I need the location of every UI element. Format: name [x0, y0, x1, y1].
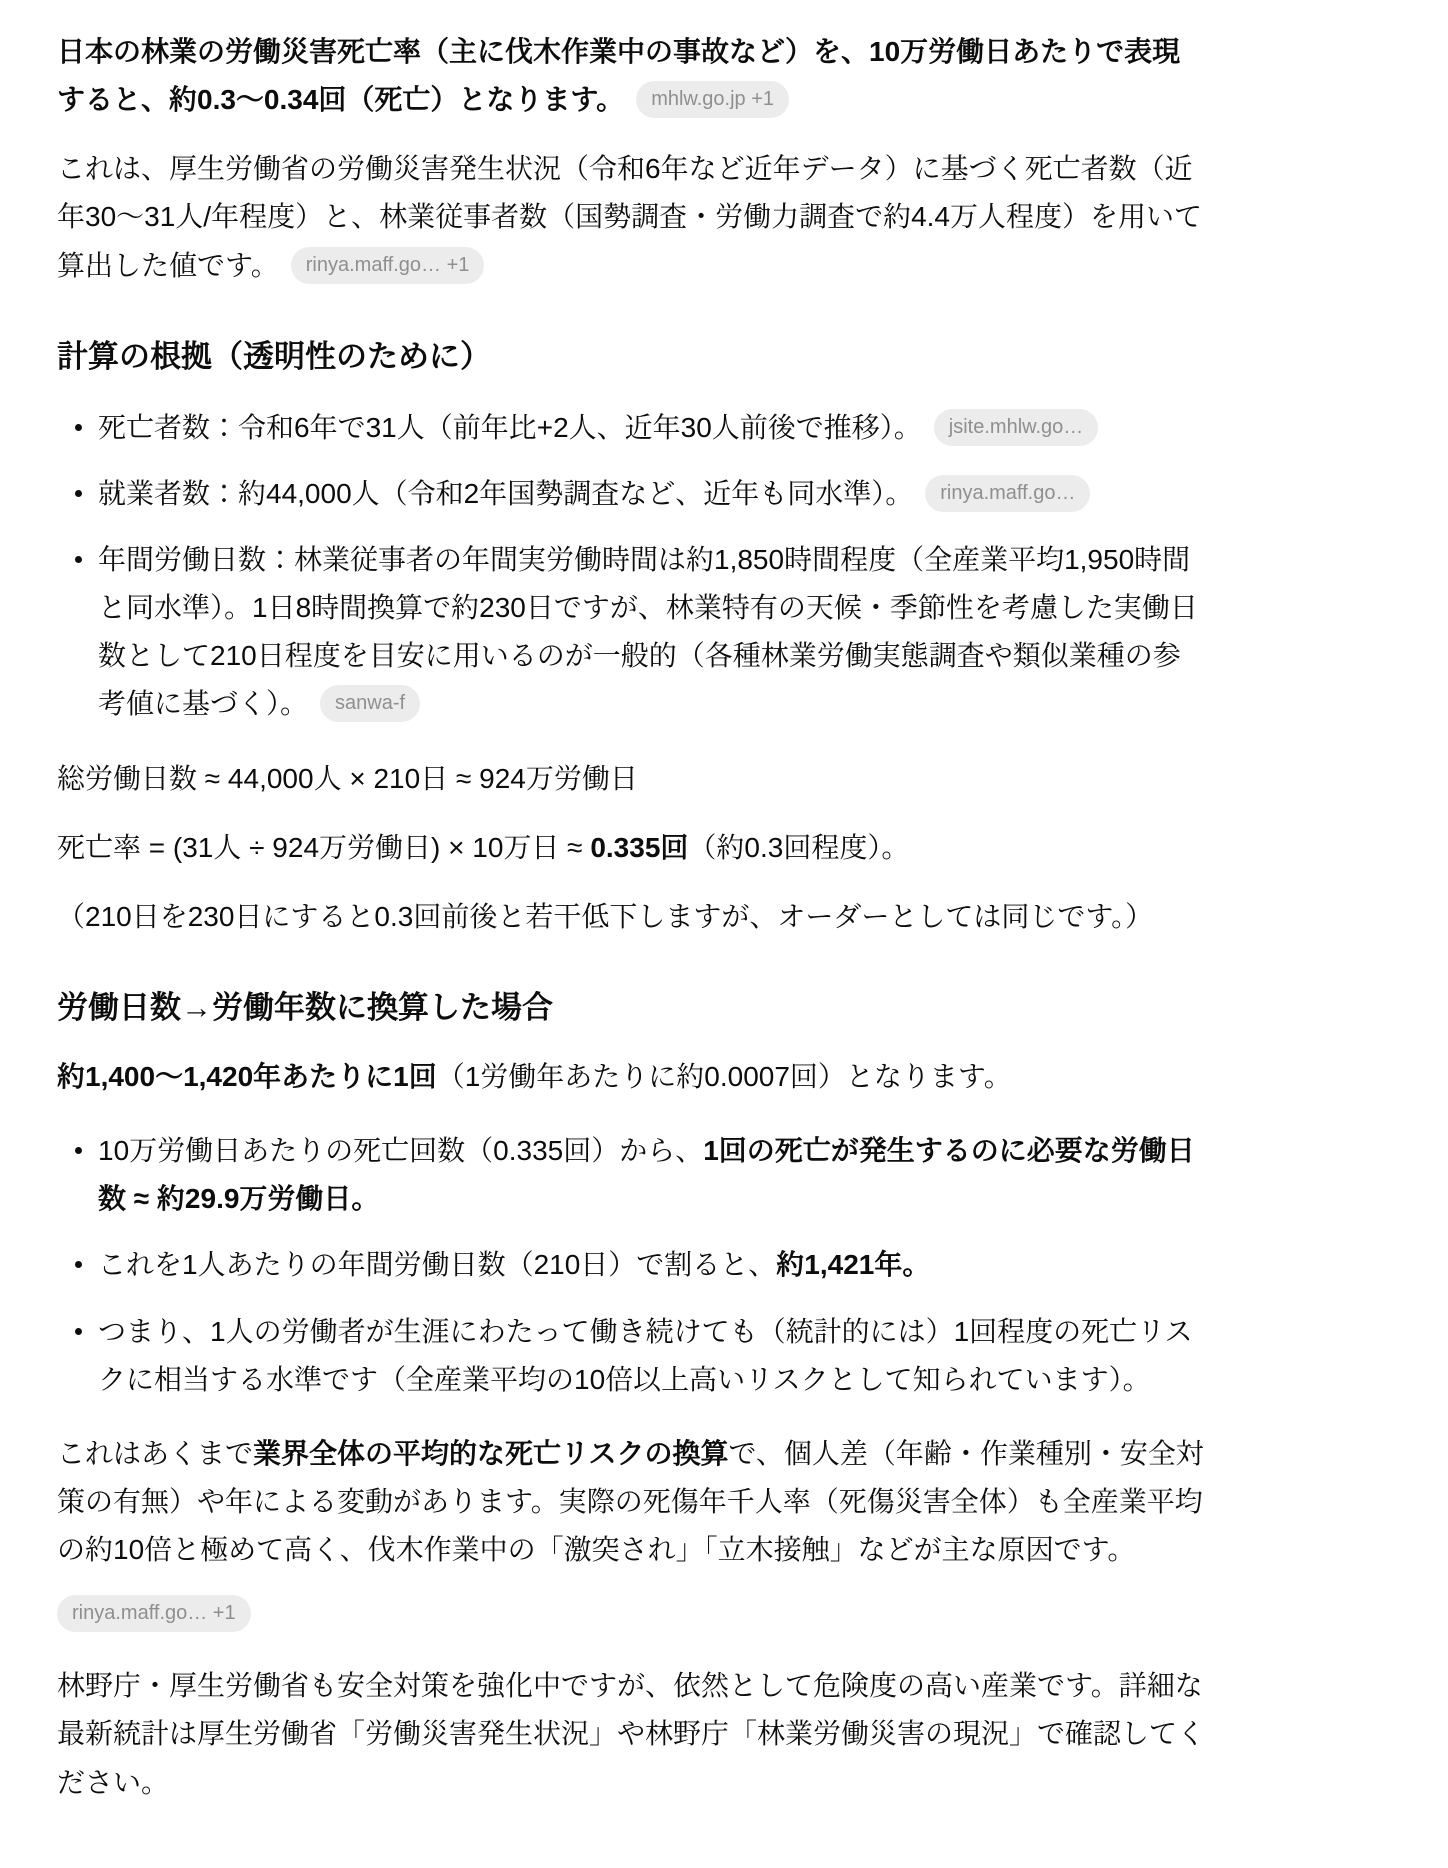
list-item-text: 就業者数：約44,000人（令和2年国勢調査など、近年も同水準）。	[98, 478, 913, 509]
assistant-response: 日本の林業の労働災害死亡率（主に伐木作業中の事故など）を、10万労働日あたりで表…	[0, 0, 1448, 1868]
caveat-bold: 業界全体の平均的な死亡リスクの換算	[253, 1438, 728, 1469]
paragraph-caveat: これはあくまで業界全体の平均的な死亡リスクの換算で、個人差（年齢・作業種別・安全…	[57, 1430, 1208, 1574]
list-item-text: 年間労働日数：林業従事者の年間実労働時間は約1,850時間程度（全産業平均1,9…	[98, 544, 1198, 719]
citation-pill-mhlw[interactable]: mhlw.go.jp +1	[636, 81, 789, 118]
citation-pill-rinya-2[interactable]: rinya.maff.go…	[925, 475, 1090, 512]
citation-pill-rinya-3[interactable]: rinya.maff.go… +1	[57, 1595, 251, 1632]
paragraph-basis-summary: これは、厚生労働省の労働災害発生状況（令和6年など近年データ）に基づく死亡者数（…	[57, 145, 1208, 289]
conversion-intro-bold: 約1,400〜1,420年あたりに1回	[57, 1061, 437, 1092]
basis-summary-text: これは、厚生労働省の労働災害発生状況（令和6年など近年データ）に基づく死亡者数（…	[57, 153, 1202, 280]
list-item-workers: 就業者数：約44,000人（令和2年国勢調査など、近年も同水準）。rinya.m…	[98, 470, 1208, 518]
caveat-pre: これはあくまで	[57, 1438, 253, 1469]
section-heading-basis: 計算の根拠（透明性のために）	[57, 336, 1208, 378]
section-heading-conversion: 労働日数→労働年数に換算した場合	[57, 987, 1208, 1029]
list-item-pre: これを1人あたりの年間労働日数（210日）で割ると、	[98, 1249, 776, 1280]
citation-row: rinya.maff.go… +1	[57, 1595, 1208, 1632]
list-item-years: これを1人あたりの年間労働日数（210日）で割ると、約1,421年。	[98, 1241, 1208, 1289]
paragraph-closing: 林野庁・厚生労働省も安全対策を強化中ですが、依然として危険度の高い産業です。詳細…	[57, 1662, 1208, 1806]
list-item-per-death-days: 10万労働日あたりの死亡回数（0.335回）から、1回の死亡が発生するのに必要な…	[98, 1127, 1208, 1223]
paragraph-intro: 日本の林業の労働災害死亡率（主に伐木作業中の事故など）を、10万労働日あたりで表…	[57, 28, 1208, 124]
intro-bold-text: 日本の林業の労働災害死亡率（主に伐木作業中の事故など）を、10万労働日あたりで表…	[57, 36, 1180, 115]
formula-rate-post: （約0.3回程度）。	[688, 832, 909, 863]
list-item-bold: 約1,421年。	[776, 1249, 930, 1280]
list-item-pre: 10万労働日あたりの死亡回数（0.335回）から、	[98, 1135, 703, 1166]
paragraph-conversion-intro: 約1,400〜1,420年あたりに1回（1労働年あたりに約0.0007回）となり…	[57, 1053, 1208, 1101]
paragraph-formula-total: 総労働日数 ≈ 44,000人 × 210日 ≈ 924万労働日	[57, 755, 1208, 803]
citation-pill-rinya-1[interactable]: rinya.maff.go… +1	[291, 247, 485, 284]
formula-rate-bold: 0.335回	[590, 832, 688, 863]
list-item-workdays: 年間労働日数：林業従事者の年間実労働時間は約1,850時間程度（全産業平均1,9…	[98, 536, 1208, 729]
paragraph-note: （210日を230日にすると0.3回前後と若干低下しますが、オーダーとしては同じ…	[57, 893, 1208, 941]
basis-list: 死亡者数：令和6年で31人（前年比+2人、近年30人前後で推移）。jsite.m…	[57, 404, 1208, 729]
list-item-deaths: 死亡者数：令和6年で31人（前年比+2人、近年30人前後で推移）。jsite.m…	[98, 404, 1208, 452]
paragraph-formula-rate: 死亡率 = (31人 ÷ 924万労働日) × 10万日 ≈ 0.335回（約0…	[57, 824, 1208, 872]
list-item-text: つまり、1人の労働者が生涯にわたって働き続けても（統計的には）1回程度の死亡リス…	[98, 1316, 1193, 1395]
citation-pill-sanwa[interactable]: sanwa-f	[320, 685, 420, 722]
list-item-text: 死亡者数：令和6年で31人（前年比+2人、近年30人前後で推移）。	[98, 412, 922, 443]
conversion-intro-post: （1労働年あたりに約0.0007回）となります。	[437, 1061, 1012, 1092]
list-item-lifetime-risk: つまり、1人の労働者が生涯にわたって働き続けても（統計的には）1回程度の死亡リス…	[98, 1308, 1208, 1404]
citation-pill-jsite[interactable]: jsite.mhlw.go…	[934, 409, 1099, 446]
formula-rate-pre: 死亡率 = (31人 ÷ 924万労働日) × 10万日 ≈	[57, 832, 590, 863]
conversion-list: 10万労働日あたりの死亡回数（0.335回）から、1回の死亡が発生するのに必要な…	[57, 1127, 1208, 1404]
